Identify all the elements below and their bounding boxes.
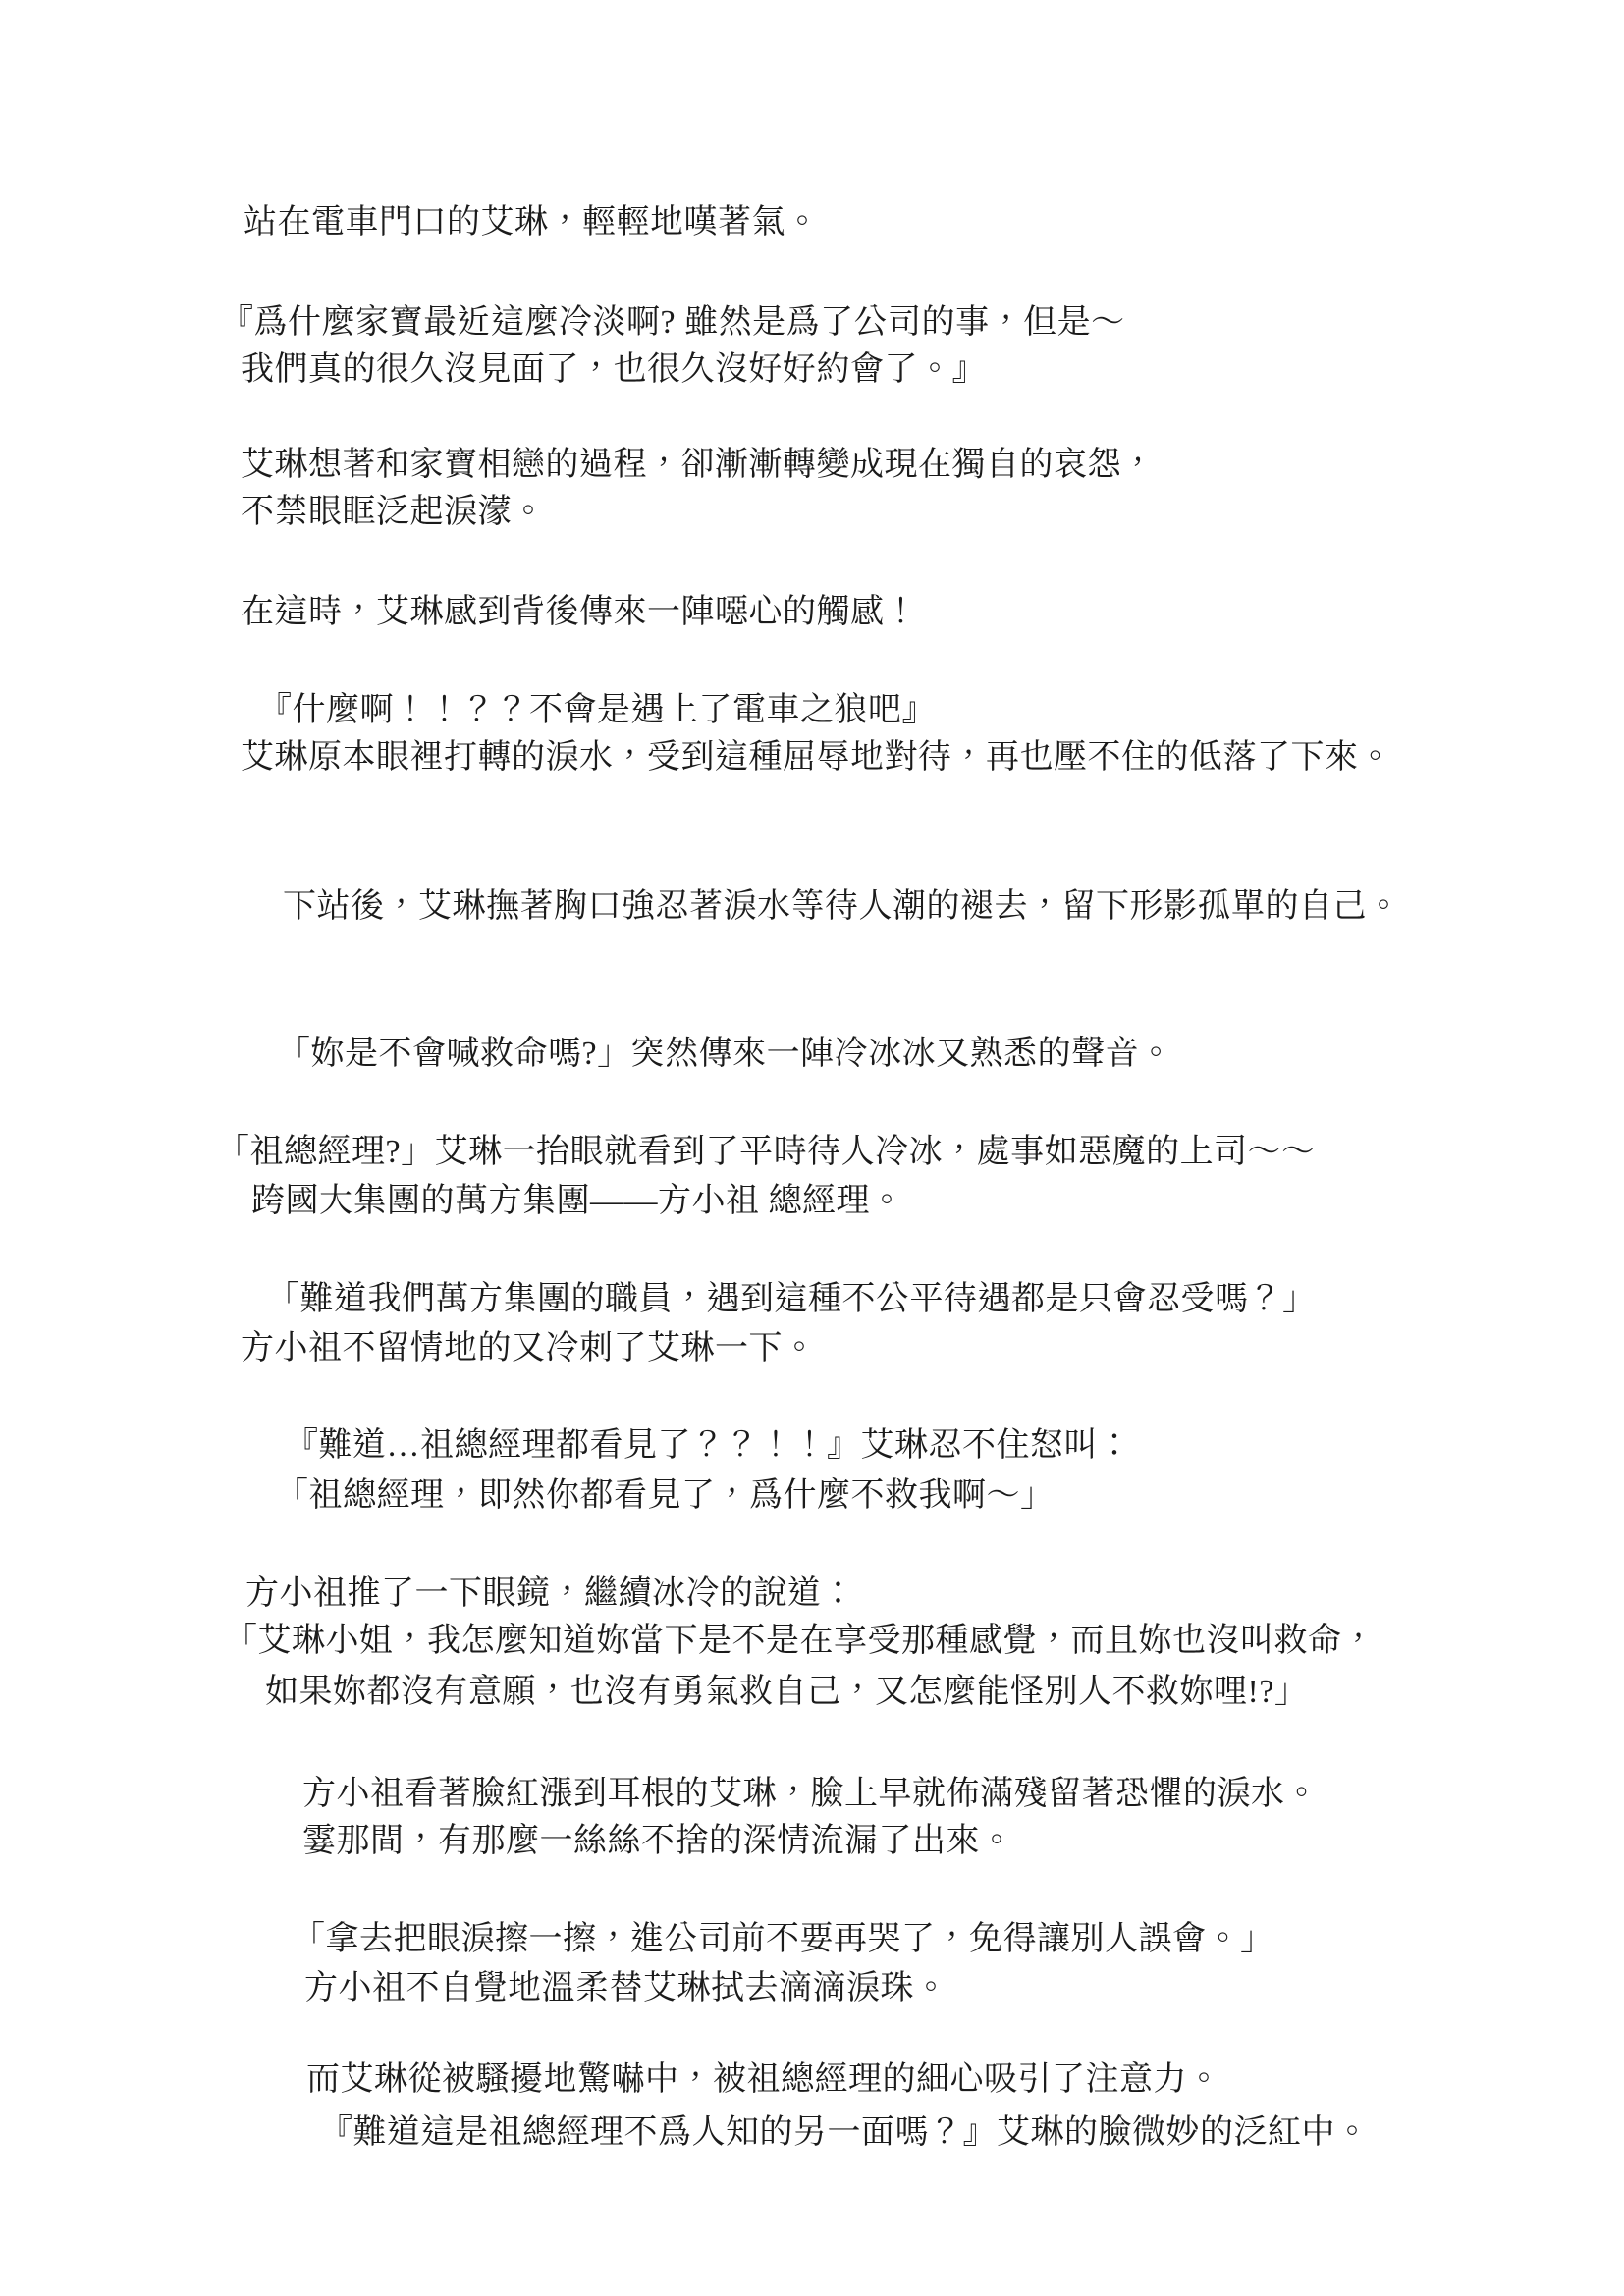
text-line: 「祖總經理，即然你都看見了，爲什麼不救我啊～」: [275, 1474, 1055, 1518]
text-line: 方小祖不自覺地溫柔替艾琳拭去滴滴淚珠。: [304, 1967, 948, 2010]
text-line: 不禁眼眶泛起淚濛。: [241, 491, 546, 534]
text-line: 在這時，艾琳感到背後傳來一陣噁心的觸感！: [241, 591, 918, 634]
text-line: 『什麼啊！！？？不會是遇上了電車之狼吧』: [258, 689, 936, 732]
text-line: 「妳是不會喊救命嗎?」突然傳來一陣冷冰冰又熟悉的聲音。: [277, 1033, 1173, 1076]
text-line: 霎那間，有那麼一絲絲不捨的深情流漏了出來。: [302, 1820, 1014, 1863]
text-line: 方小祖看著臉紅漲到耳根的艾琳，臉上早就佈滿殘留著恐懼的淚水。: [302, 1773, 1319, 1816]
text-line: 「難道我們萬方集團的職員，遇到這種不公平待遇都是只會忍受嗎？」: [266, 1278, 1317, 1321]
text-line: 『難道…祖總經理都看見了？？！！』艾琳忍不住怒叫：: [285, 1424, 1132, 1468]
text-line: 方小祖不留情地的又冷刺了艾琳一下。: [241, 1327, 817, 1370]
text-line: 跨國大集團的萬方集團——方小祖 總經理。: [251, 1180, 904, 1223]
text-line: 而艾琳從被騷擾地驚嚇中，被祖總經理的細心吸引了注意力。: [306, 2058, 1221, 2102]
text-line: 艾琳原本眼裡打轉的淚水，受到這種屈辱地對待，再也壓不住的低落了下來。: [241, 736, 1392, 779]
text-line: 艾琳想著和家寶相戀的過程，卻漸漸轉變成現在獨自的哀怨，: [241, 444, 1156, 487]
text-line: 『難道這是祖總經理不爲人知的另一面嗎？』艾琳的臉微妙的泛紅中。: [319, 2111, 1370, 2155]
text-line: 「艾琳小姐，我怎麼知道妳當下是不是在享受那種感覺，而且妳也沒叫救命，: [224, 1620, 1376, 1663]
text-line: 如果妳都沒有意願，也沒有勇氣救自己，又怎麼能怪別人不救妳哩!?」: [265, 1671, 1308, 1714]
text-line: 下站後，艾琳撫著胸口強忍著淚水等待人潮的褪去，留下形影孤單的自己。: [283, 885, 1401, 929]
text-line: 站在電車門口的艾琳，輕輕地嘆著氣。: [244, 201, 820, 244]
text-line: 「祖總經理?」艾琳一抬眼就看到了平時待人冷冰，處事如惡魔的上司～～: [216, 1131, 1316, 1174]
text-line: 我們真的很久沒見面了，也很久沒好好約會了。』: [241, 348, 986, 392]
document-page: 站在電車門口的艾琳，輕輕地嘆著氣。『爲什麼家寶最近這麼冷淡啊? 雖然是爲了公司的…: [0, 0, 1624, 2296]
text-line: 『爲什麼家寶最近這麼冷淡啊? 雖然是爲了公司的事，但是～: [220, 301, 1125, 345]
text-line: 方小祖推了一下眼鏡，繼續冰冷的說道：: [245, 1573, 855, 1616]
text-line: 「拿去把眼淚擦一擦，進公司前不要再哭了，免得讓別人誤會。」: [292, 1918, 1274, 1961]
